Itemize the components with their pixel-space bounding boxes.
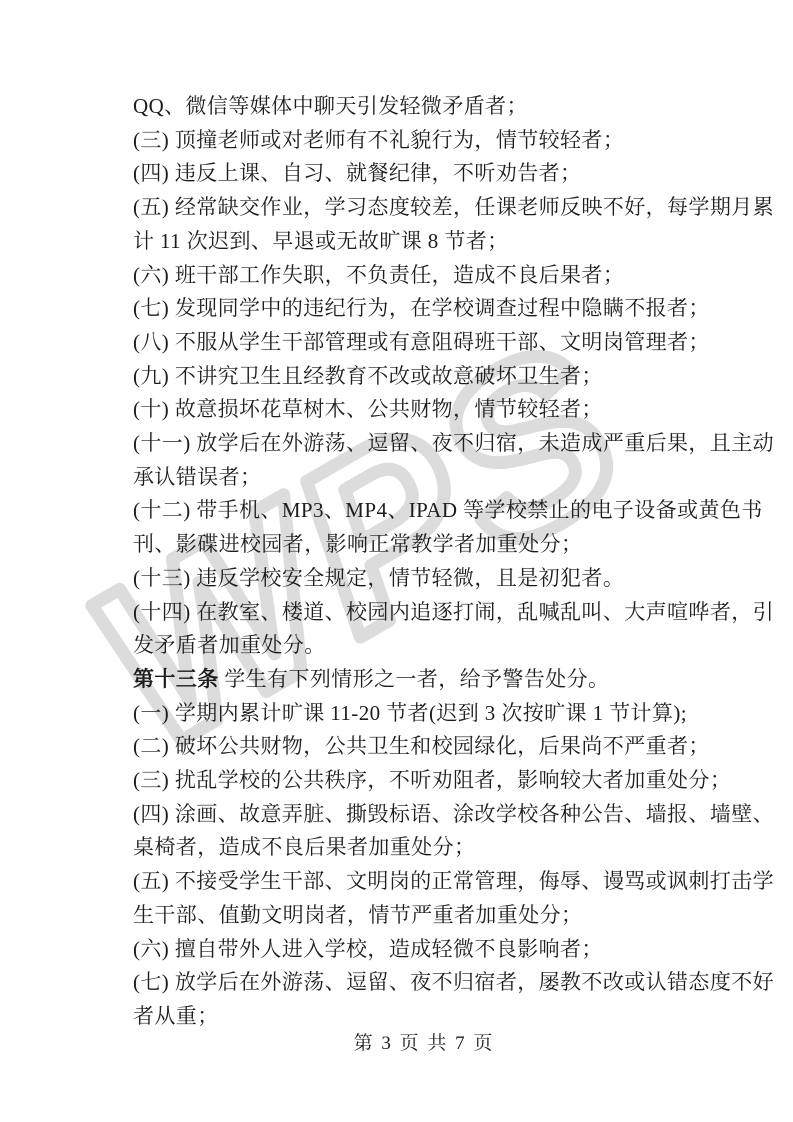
line-text: (五) 经常缺交作业，学习态度较差，任课老师反映不好，每学期月累	[133, 195, 774, 219]
line-text: (十四) 在教室、楼道、校园内追逐打闹，乱喊乱叫、大声喧哗者，引	[133, 600, 774, 624]
text-line: (八) 不服从学生干部管理或有意阻碍班干部、文明岗管理者；	[133, 326, 715, 360]
line-text: QQ、微信等媒体中聊天引发轻微矛盾者；	[133, 94, 528, 118]
text-line: 承认错误者；	[133, 461, 715, 495]
line-text: (十一) 放学后在外游荡、逗留、夜不归宿，未造成严重后果，且主动	[133, 431, 774, 455]
line-text: 生干部、值勤文明岗者，情节严重者加重处分；	[133, 903, 582, 927]
line-text: 发矛盾者加重处分。	[133, 633, 326, 657]
line-text: 桌椅者，造成不良后果者加重处分；	[133, 835, 475, 859]
line-text: 学生有下列情形之一者，给予警告处分。	[219, 667, 610, 691]
line-text: 者从重；	[133, 1004, 219, 1028]
text-line: (二) 破坏公共财物，公共卫生和校园绿化，后果尚不严重者；	[133, 730, 715, 764]
line-text: (一) 学期内累计旷课 11-20 节者(迟到 3 次按旷课 1 节计算);	[133, 701, 687, 725]
line-text: (三) 扰乱学校的公共秩序，不听劝阻者，影响较大者加重处分；	[133, 768, 731, 792]
text-line: (十) 故意损坏花草树木、公共财物，情节较轻者；	[133, 393, 715, 427]
text-line: (十二) 带手机、MP3、MP4、IPAD 等学校禁止的电子设备或黄色书	[133, 494, 715, 528]
text-line: 刊、影碟进校园者，影响正常教学者加重处分；	[133, 528, 715, 562]
line-text: 承认错误者；	[133, 465, 261, 489]
document-page: WPS QQ、微信等媒体中聊天引发轻微矛盾者；(三) 顶撞老师或对老师有不礼貌行…	[0, 0, 793, 1122]
line-text: 计 11 次迟到、早退或无故旷课 8 节者；	[133, 229, 509, 253]
line-text: (六) 擅自带外人进入学校，造成轻微不良影响者；	[133, 937, 603, 961]
text-line: (四) 涂画、故意弄脏、撕毁标语、涂改学校各种公告、墙报、墙壁、	[133, 798, 715, 832]
text-line: (十三) 违反学校安全规定，情节轻微，且是初犯者。	[133, 562, 715, 596]
text-line: QQ、微信等媒体中聊天引发轻微矛盾者；	[133, 90, 715, 124]
text-line: (五) 不接受学生干部、文明岗的正常管理，侮辱、谩骂或讽刺打击学	[133, 865, 715, 899]
text-line: (六) 班干部工作失职，不负责任，造成不良后果者；	[133, 259, 715, 293]
text-line: (十四) 在教室、楼道、校园内追逐打闹，乱喊乱叫、大声喧哗者，引	[133, 596, 715, 630]
text-line: 桌椅者，造成不良后果者加重处分；	[133, 831, 715, 865]
line-text: (二) 破坏公共财物，公共卫生和校园绿化，后果尚不严重者；	[133, 734, 710, 758]
article-heading: 第十三条	[133, 667, 219, 691]
text-line: 生干部、值勤文明岗者，情节严重者加重处分；	[133, 899, 715, 933]
line-text: (三) 顶撞老师或对老师有不礼貌行为，情节较轻者；	[133, 128, 624, 152]
page-number-footer: 第 3 页 共 7 页	[133, 1028, 715, 1055]
text-line: (十一) 放学后在外游荡、逗留、夜不归宿，未造成严重后果，且主动	[133, 427, 715, 461]
text-line: (五) 经常缺交作业，学习态度较差，任课老师反映不好，每学期月累	[133, 191, 715, 225]
line-text: (十二) 带手机、MP3、MP4、IPAD 等学校禁止的电子设备或黄色书	[133, 498, 763, 522]
line-text: (九) 不讲究卫生且经教育不改或故意破坏卫生者；	[133, 364, 603, 388]
line-text: (五) 不接受学生干部、文明岗的正常管理，侮辱、谩骂或讽刺打击学	[133, 869, 774, 893]
text-line: (一) 学期内累计旷课 11-20 节者(迟到 3 次按旷课 1 节计算);	[133, 697, 715, 731]
text-line: (三) 扰乱学校的公共秩序，不听劝阻者，影响较大者加重处分；	[133, 764, 715, 798]
line-text: (六) 班干部工作失职，不负责任，造成不良后果者；	[133, 263, 624, 287]
text-line: (九) 不讲究卫生且经教育不改或故意破坏卫生者；	[133, 360, 715, 394]
line-text: (七) 发现同学中的违纪行为，在学校调查过程中隐瞒不报者；	[133, 296, 710, 320]
text-line: 发矛盾者加重处分。	[133, 629, 715, 663]
document-lines: QQ、微信等媒体中聊天引发轻微矛盾者；(三) 顶撞老师或对老师有不礼貌行为，情节…	[133, 90, 715, 1034]
text-line: (七) 发现同学中的违纪行为，在学校调查过程中隐瞒不报者；	[133, 292, 715, 326]
text-line: (六) 擅自带外人进入学校，造成轻微不良影响者；	[133, 933, 715, 967]
line-text: (十) 故意损坏花草树木、公共财物，情节较轻者；	[133, 397, 603, 421]
text-line: (七) 放学后在外游荡、逗留、夜不归宿者，屡教不改或认错态度不好	[133, 966, 715, 1000]
line-text: (十三) 违反学校安全规定，情节轻微，且是初犯者。	[133, 566, 624, 590]
line-text: (七) 放学后在外游荡、逗留、夜不归宿者，屡教不改或认错态度不好	[133, 970, 774, 994]
text-line: 第十三条 学生有下列情形之一者，给予警告处分。	[133, 663, 715, 697]
text-line: 计 11 次迟到、早退或无故旷课 8 节者；	[133, 225, 715, 259]
text-line: (四) 违反上课、自习、就餐纪律，不听劝告者；	[133, 157, 715, 191]
line-text: 刊、影碟进校园者，影响正常教学者加重处分；	[133, 532, 582, 556]
line-text: (四) 违反上课、自习、就餐纪律，不听劝告者；	[133, 161, 581, 185]
line-text: (四) 涂画、故意弄脏、撕毁标语、涂改学校各种公告、墙报、墙壁、	[133, 802, 774, 826]
line-text: (八) 不服从学生干部管理或有意阻碍班干部、文明岗管理者；	[133, 330, 710, 354]
text-line: (三) 顶撞老师或对老师有不礼貌行为，情节较轻者；	[133, 124, 715, 158]
